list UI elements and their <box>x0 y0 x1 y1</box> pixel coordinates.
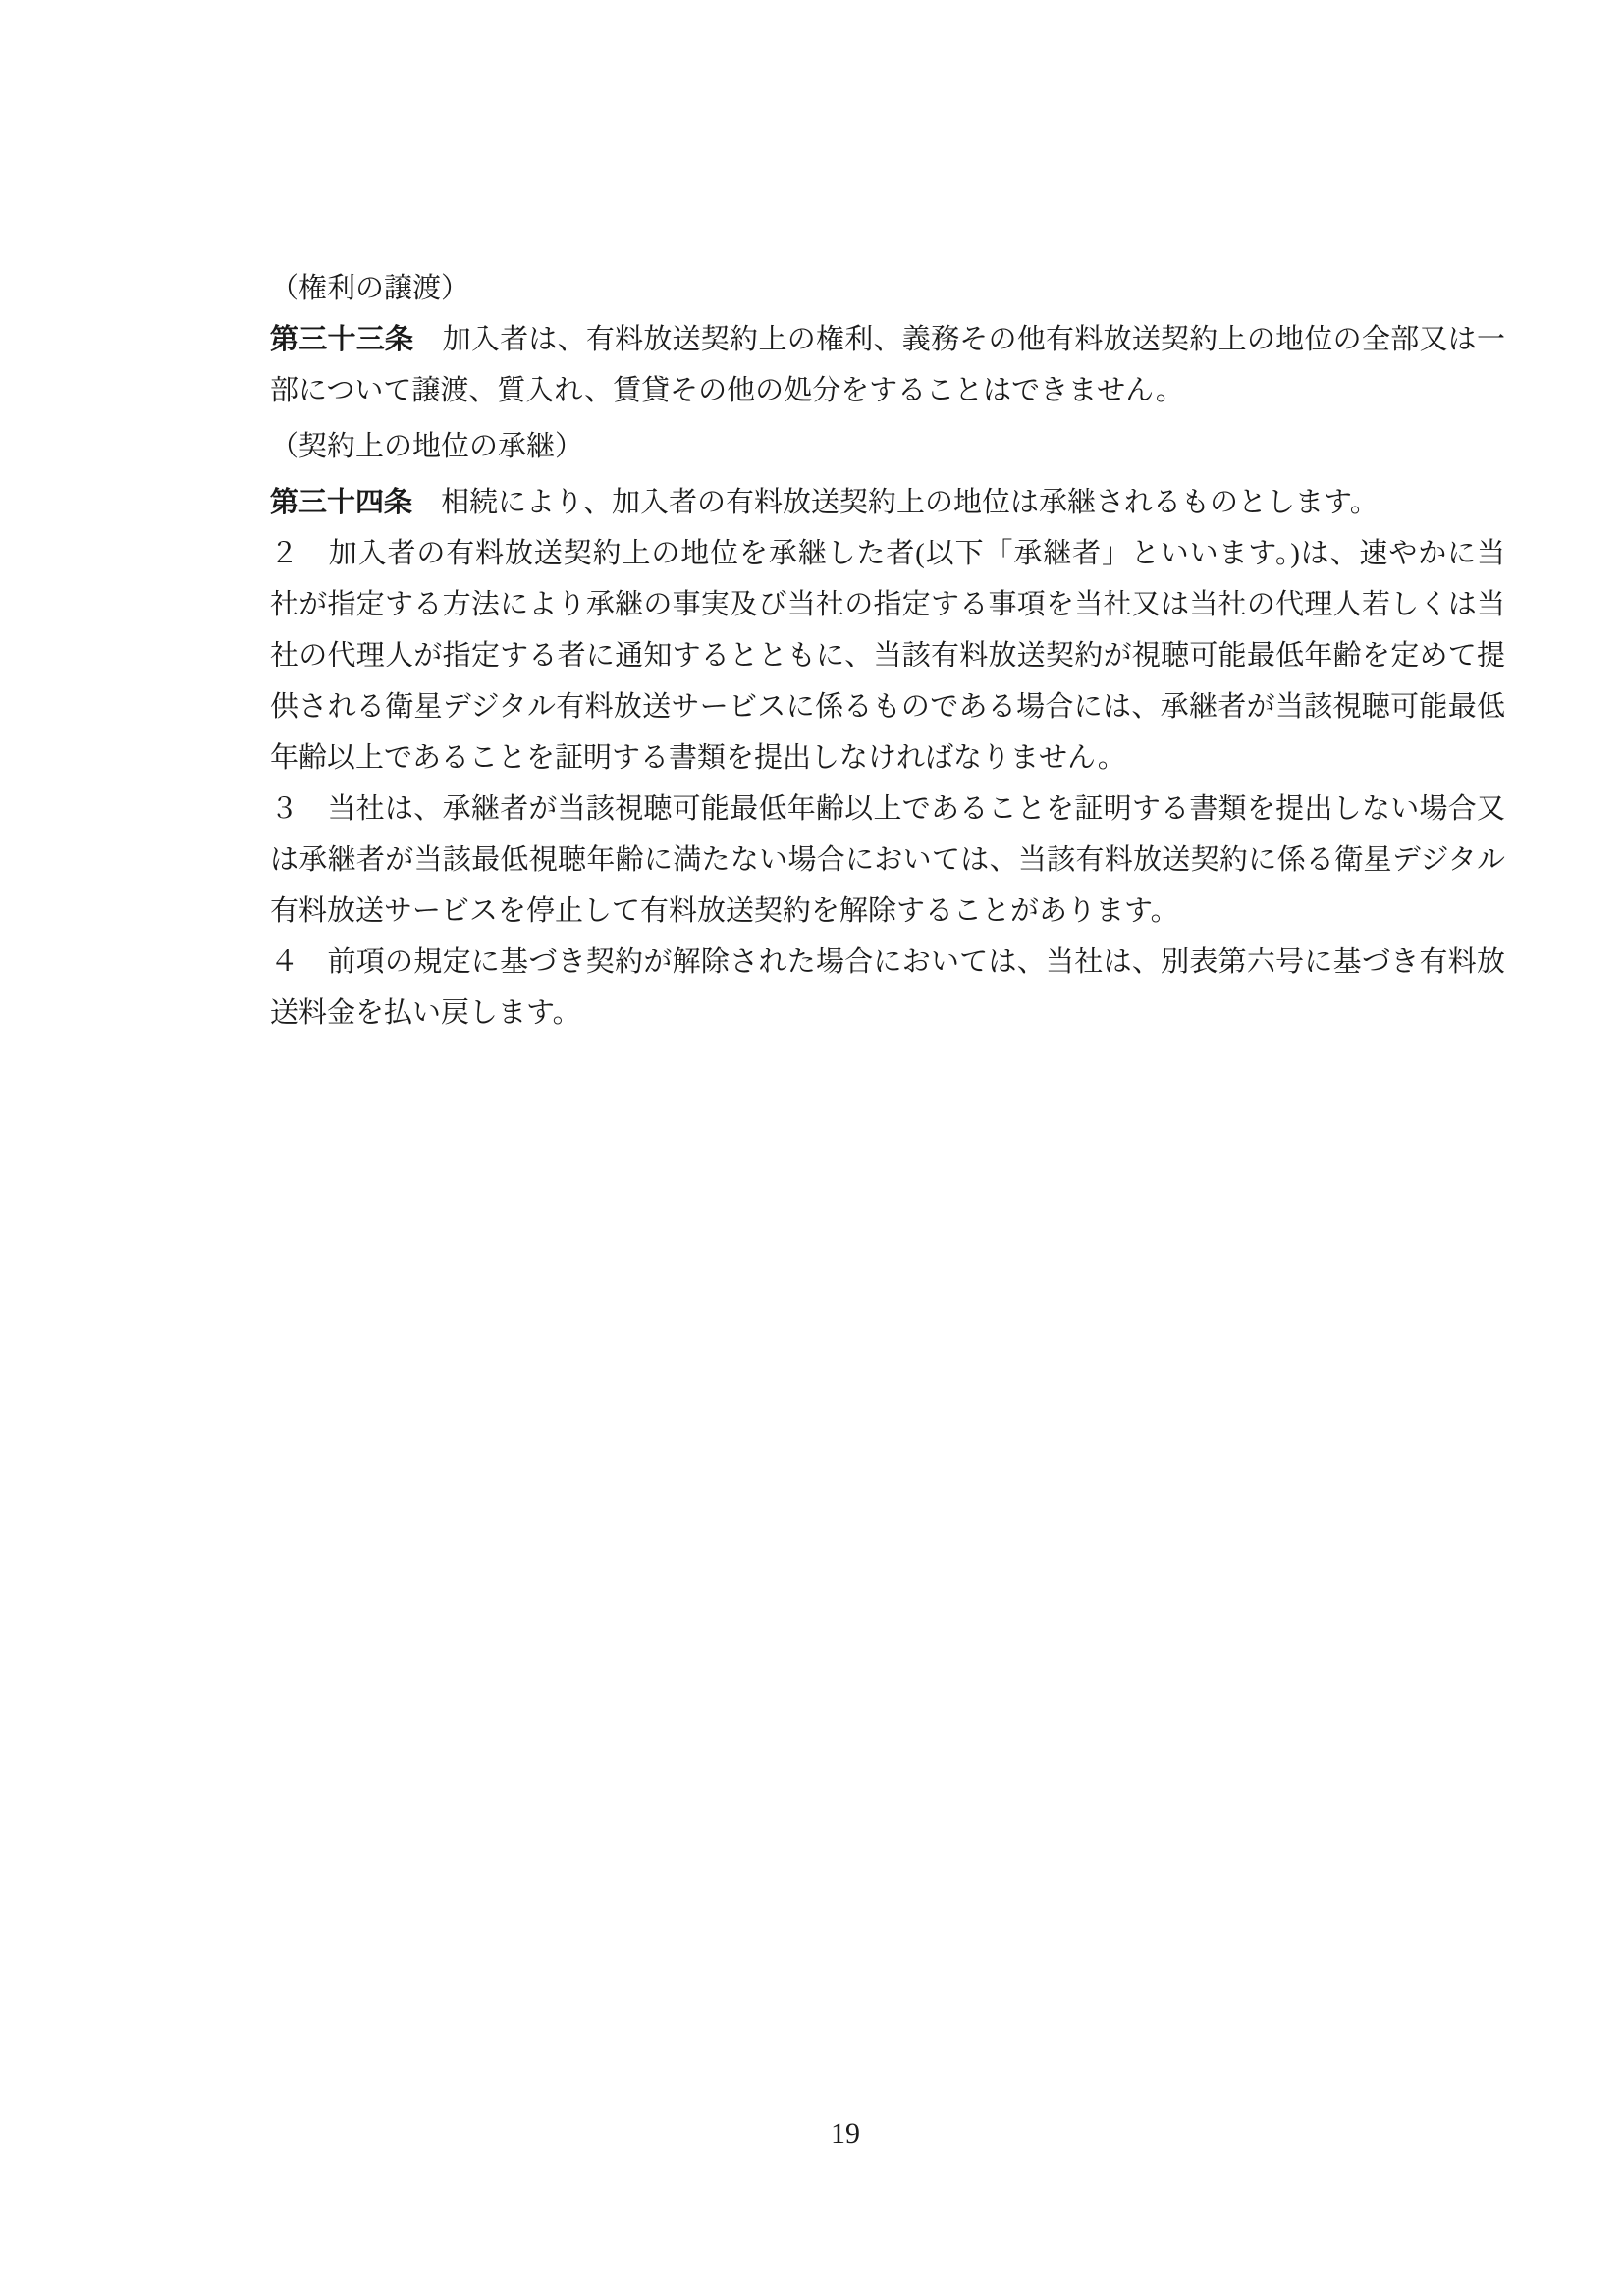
terms-text-block: （権利の譲渡） 第三十三条 加入者は、有料放送契約上の権利、義務その他有料放送契… <box>270 263 1505 1039</box>
article-34-para3-line-3: 有料放送サービスを停止して有料放送契約を解除することがあります。 <box>270 885 1505 936</box>
article-34-text: 相続により、加入者の有料放送契約上の地位は承継されるものとします。 <box>412 487 1379 518</box>
article-34-para2-line-4: 供される衛星デジタル有料放送サービスに係るものである場合には、承継者が当該視聴可… <box>270 681 1505 732</box>
article-34-para2-line-3: 社の代理人が指定する者に通知するとともに、当該有料放送契約が視聴可能最低年齢を定… <box>270 630 1505 681</box>
heading-rights-transfer: （権利の譲渡） <box>270 263 1505 314</box>
article-34-para2-line-2: 社が指定する方法により承継の事実及び当社の指定する事項を当社又は当社の代理人若し… <box>270 579 1505 630</box>
article-33-number: 第三十三条 <box>270 324 413 355</box>
article-34-para3-line-2: は承継者が当該最低視聴年齢に満たない場合においては、当該有料放送契約に係る衛星デ… <box>270 834 1505 885</box>
document-page: （権利の譲渡） 第三十三条 加入者は、有料放送契約上の権利、義務その他有料放送契… <box>0 0 1624 2296</box>
page-number: 19 <box>786 2116 904 2152</box>
article-34-para4-line-1: ４ 前項の規定に基づき契約が解除された場合においては、当社は、別表第六号に基づき… <box>270 936 1505 988</box>
article-34-line-1: 第三十四条 相続により、加入者の有料放送契約上の地位は承継されるものとします。 <box>270 477 1505 528</box>
heading-succession-of-contract-status: （契約上の地位の承継） <box>270 421 1505 472</box>
article-34-number: 第三十四条 <box>270 487 412 518</box>
article-34-para2-line-5: 年齢以上であることを証明する書類を提出しなければなりません。 <box>270 732 1505 783</box>
article-33-line-1: 第三十三条 加入者は、有料放送契約上の権利、義務その他有料放送契約上の地位の全部… <box>270 314 1505 365</box>
article-33-line-2: 部について譲渡、質入れ、賃貸その他の処分をすることはできません。 <box>270 365 1505 416</box>
article-33-text: 加入者は、有料放送契約上の権利、義務その他有料放送契約上の地位の全部又は一 <box>413 324 1505 355</box>
article-34-para4-line-2: 送料金を払い戻します。 <box>270 988 1505 1039</box>
article-34-para3-line-1: ３ 当社は、承継者が当該視聴可能最低年齢以上であることを証明する書類を提出しない… <box>270 783 1505 834</box>
article-34-para2-line-1: ２ 加入者の有料放送契約上の地位を承継した者(以下「承継者」といいます。)は、速… <box>270 528 1505 579</box>
